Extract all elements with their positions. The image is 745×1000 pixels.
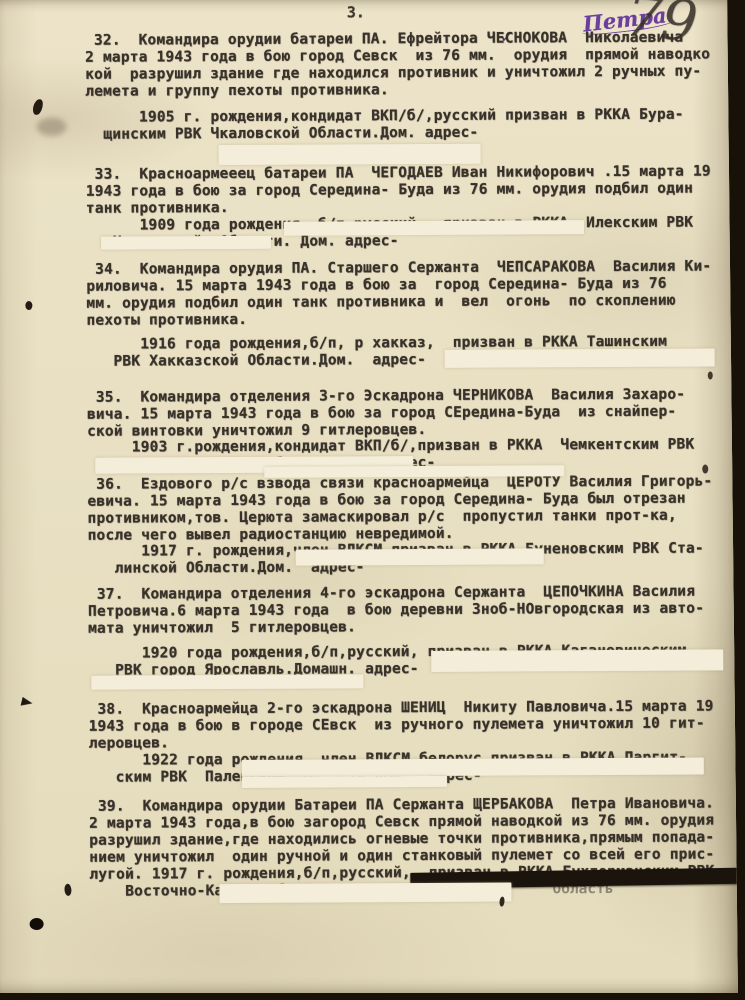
- entry-36-citation: 36. Ездового р/с взвода связи красноарме…: [87, 473, 735, 544]
- redaction-box-entry-33: [284, 220, 584, 236]
- right-margin-speck-2: [702, 465, 708, 474]
- redaction-box-entry-37b: [91, 674, 363, 689]
- right-margin-speck: [708, 371, 713, 379]
- redaction-box-entry-36: [296, 548, 544, 565]
- scanned-paper-sheet: 3. Петра 79 ✓ 32. Командира орудии батар…: [0, 0, 745, 993]
- entry-38-citation: 38. Красноармейца 2-го эскадрона ШЕНИЦ Н…: [88, 698, 736, 752]
- entry-35-citation: 35. Командира отделения 3-го Эскадрона Ч…: [87, 386, 735, 440]
- entry-32-citation: 32. Командира орудии батареи ПА. Ефрейто…: [85, 29, 733, 100]
- redaction-box-entry-38: [242, 758, 704, 777]
- stray-comma-mark: [499, 897, 504, 907]
- ink-blot-mark: [32, 98, 44, 115]
- entry-32-personal-info: 1905 г. рождения,кондидат ВКП/б/,русский…: [85, 106, 733, 143]
- stray-ink-mark: [63, 883, 72, 896]
- redaction-box-entry-33b: [101, 236, 271, 250]
- entry-33-citation: 33. Красноармееец батареи ПА ЧЕГОДАЕВ Ив…: [86, 163, 734, 217]
- redaction-box-entry-39: [219, 883, 511, 904]
- margin-dot-mark: [25, 301, 32, 310]
- page-content: 3. Петра 79 ✓ 32. Командира орудии батар…: [0, 0, 745, 993]
- entry-34-citation: 34. Командира орудия ПА. Старшего Сержан…: [86, 258, 734, 329]
- page-number: 3.: [347, 4, 365, 21]
- redaction-box-entry-37: [431, 649, 723, 672]
- margin-arrow-mark: [21, 697, 34, 708]
- redaction-box-entry-34: [445, 348, 715, 367]
- smudge-mark: [36, 118, 66, 136]
- redaction-box-entry-35b: [264, 465, 564, 478]
- entry-37-citation: 37. Командира отделения 4-го эскадрона С…: [88, 583, 736, 637]
- hole-punch-mark: [30, 918, 44, 930]
- redaction-box-entry-38b: [242, 776, 447, 788]
- redaction-box-entry-32: [219, 144, 481, 165]
